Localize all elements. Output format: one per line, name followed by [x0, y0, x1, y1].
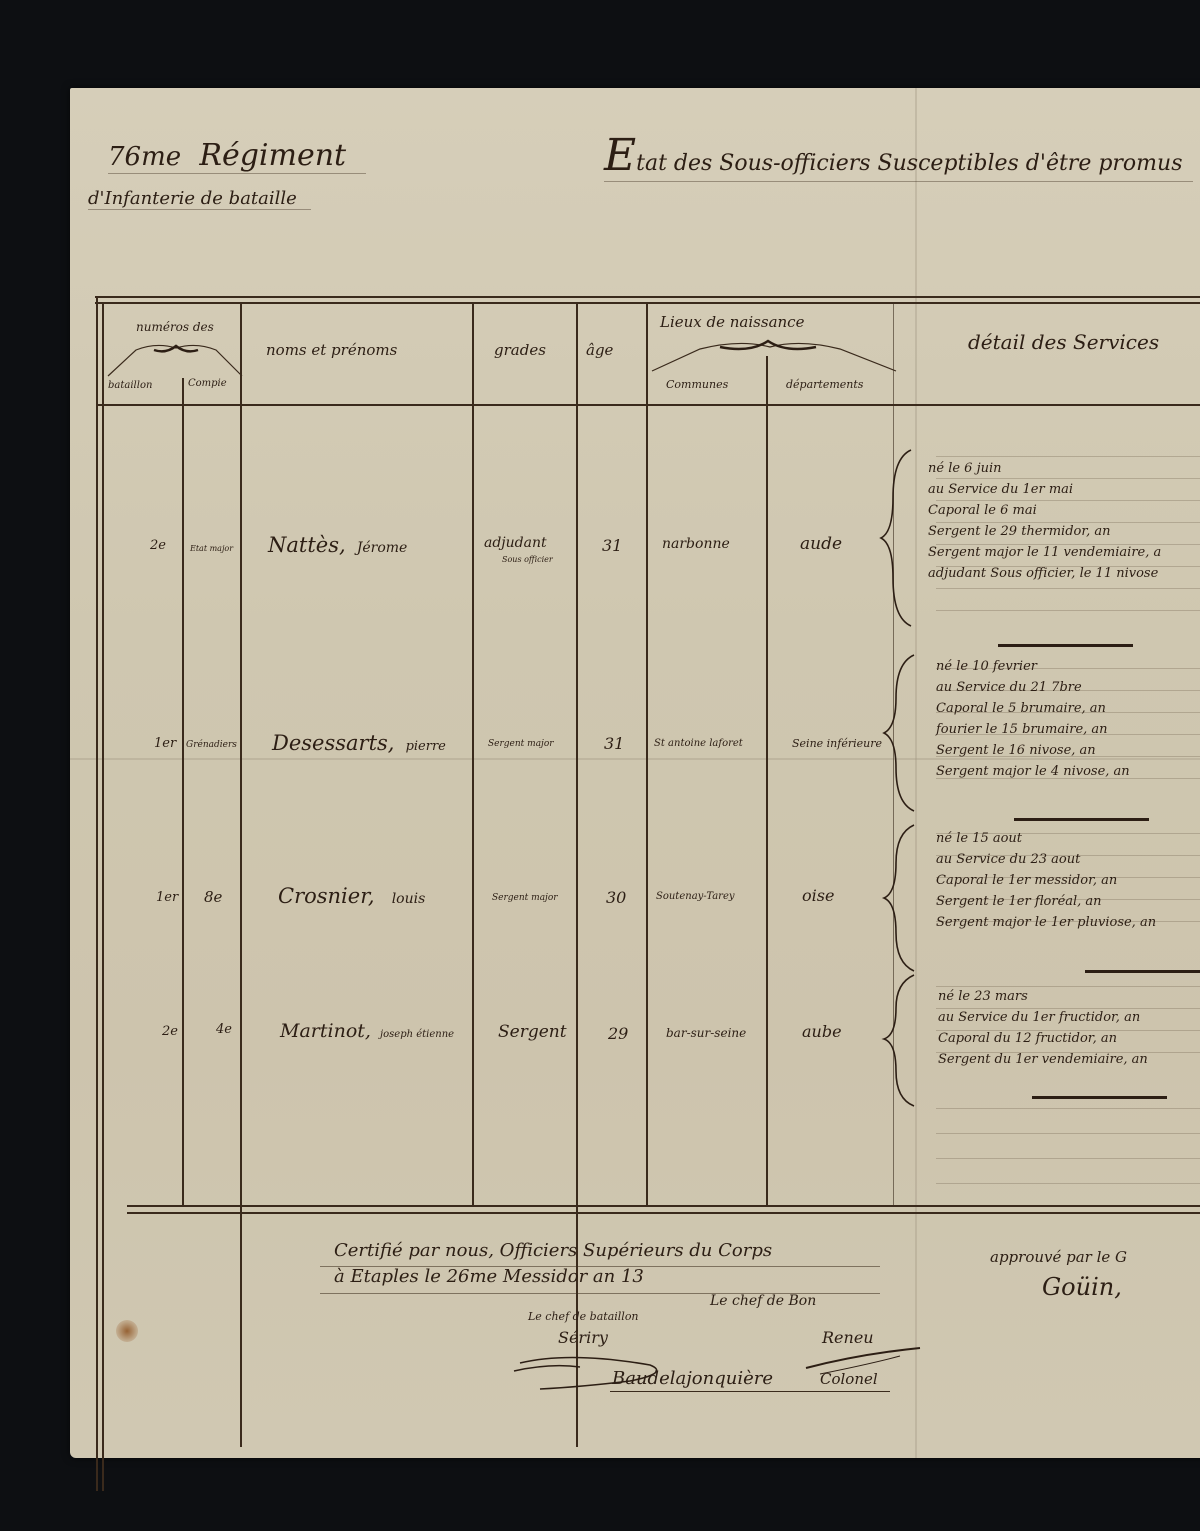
row-age: 31 — [602, 536, 622, 555]
row-compagnie: Etat major — [190, 544, 233, 553]
title-initial: E — [604, 130, 636, 181]
row-surname: Martinot, — [280, 1020, 371, 1042]
signature-colonel-title: Colonel — [820, 1370, 878, 1388]
row-brace — [878, 823, 918, 973]
header-compagnie: Compie — [188, 378, 227, 389]
row-surname: Nattès, — [268, 533, 346, 557]
signature-chef-bataillon-2-title: Le chef de Bon — [710, 1293, 816, 1309]
certification-text: Certifié par nous, Officiers Supérieurs … — [334, 1238, 772, 1290]
row-age: 29 — [608, 1024, 628, 1043]
row-brace — [875, 448, 915, 628]
regiment-word: Régiment — [199, 138, 346, 173]
row-bataillon: 1er — [156, 890, 178, 905]
regiment-title: 76me Régiment — [108, 138, 366, 174]
row-grade: Sergent major — [492, 893, 558, 903]
row-grade: Sergent — [498, 1022, 567, 1042]
row-services: né le 23 mars au Service du 1er fructido… — [938, 986, 1148, 1070]
header-numeros-brace — [106, 338, 246, 378]
header-bottom-border — [98, 404, 1200, 406]
row-departement: oise — [802, 886, 834, 905]
row-firstname: louis — [392, 891, 426, 907]
certification-line-2: à Etaples le 26me Messidor an 13 — [334, 1264, 772, 1290]
row-bataillon: 2e — [162, 1024, 178, 1039]
row-commune: Soutenay-Tarey — [656, 891, 735, 902]
header-communes: Communes — [666, 378, 728, 391]
row-compagnie: 4e — [216, 1022, 232, 1037]
row-age: 30 — [606, 888, 626, 907]
row-name: Nattès, Jérome — [268, 533, 407, 557]
col-divider-bataillon — [182, 378, 184, 1205]
row-end-bar — [1032, 1096, 1167, 1099]
regiment-subtitle: d'Infanterie de bataille — [88, 188, 311, 210]
row-services: né le 15 aout au Service du 23 aout Capo… — [936, 828, 1156, 933]
title-text: tat des Sous-officiers Susceptibles d'êt… — [636, 151, 1182, 176]
certification-line-1: Certifié par nous, Officiers Supérieurs … — [334, 1238, 772, 1264]
table-top-border — [95, 296, 1200, 298]
paper-stain — [116, 1320, 138, 1342]
table-bottom-border-inner — [127, 1212, 1200, 1214]
header-grades: grades — [494, 341, 546, 359]
header-lieux-brace — [650, 333, 900, 373]
regiment-number: 76me — [108, 142, 181, 172]
header-departements: départements — [786, 378, 863, 391]
col-divider-communes — [766, 356, 768, 1205]
row-departement: aude — [800, 534, 842, 554]
row-commune: St antoine laforet — [654, 738, 743, 749]
signature-colonel-name: Baudelajonquière — [612, 1368, 773, 1389]
row-surname: Desessarts, — [272, 731, 394, 755]
table-left-border-inner — [102, 302, 104, 1491]
row-services: né le 6 juin au Service du 1er mai Capor… — [928, 458, 1161, 584]
table-left-border — [96, 296, 98, 1491]
row-age: 31 — [604, 734, 624, 753]
row-bataillon: 1er — [154, 736, 176, 751]
header-bataillon: bataillon — [108, 380, 152, 391]
row-brace — [878, 653, 918, 813]
approval-text: approuvé par le G — [990, 1248, 1127, 1266]
signature-chef-bataillon-title: Le chef de bataillon — [528, 1310, 639, 1323]
document-title: Etat des Sous-officiers Susceptibles d'ê… — [604, 130, 1193, 182]
row-name: Desessarts, pierre — [272, 731, 446, 755]
row-firstname: pierre — [406, 739, 446, 754]
row-firstname: joseph étienne — [380, 1029, 454, 1040]
row-commune: narbonne — [662, 536, 730, 552]
row-services: né le 10 fevrier au Service du 21 7bre C… — [936, 656, 1130, 782]
header-numeros-group: numéros des — [136, 320, 214, 334]
approval-signature: Goüin, — [1042, 1273, 1122, 1301]
col-divider-noms — [472, 302, 474, 1205]
table-bottom-border — [127, 1205, 1200, 1207]
row-compagnie: 8e — [204, 888, 222, 906]
row-commune: bar-sur-seine — [666, 1026, 746, 1040]
row-compagnie: Grénadiers — [186, 740, 237, 750]
row-end-bar — [998, 644, 1133, 647]
row-firstname: Jérome — [357, 540, 408, 556]
row-bataillon: 2e — [150, 538, 166, 553]
header-detail-services: détail des Services — [968, 330, 1159, 354]
header-lieux-naissance: Lieux de naissance — [660, 313, 804, 331]
row-end-bar — [1014, 818, 1149, 821]
document-paper: 76me Régiment d'Infanterie de bataille E… — [70, 88, 1200, 1458]
row-surname: Crosnier, — [278, 884, 375, 908]
header-noms-prenoms: noms et prénoms — [266, 341, 397, 359]
col-divider-age — [646, 302, 648, 1205]
row-departement: Seine inférieure — [792, 737, 882, 750]
row-grade: adjudant — [484, 535, 547, 551]
row-departement: aube — [802, 1022, 842, 1041]
row-end-bar — [1085, 970, 1200, 973]
header-age: âge — [586, 341, 613, 359]
col-divider-numeros — [240, 302, 242, 1447]
row-name: Crosnier, louis — [278, 884, 425, 908]
row-name: Martinot, joseph étienne — [280, 1020, 454, 1042]
row-brace — [878, 973, 918, 1108]
row-grade-sub: Sous officier — [502, 555, 553, 564]
row-grade: Sergent major — [488, 739, 554, 749]
